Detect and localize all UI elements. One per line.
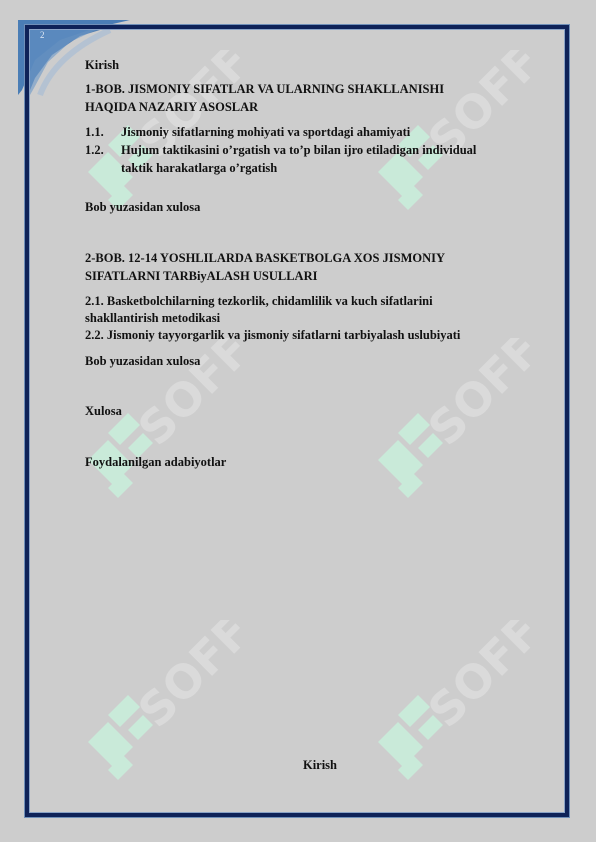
section-heading-text: Kirish — [303, 758, 337, 772]
toc-chapter2-conclusion[interactable]: Bob yuzasidan xulosa — [85, 353, 200, 370]
watermark-logo-icon: SOFF — [78, 620, 248, 800]
watermark-logo-icon: SOFF — [368, 338, 538, 518]
toc-section-1-2[interactable]: 1.2. Hujum taktikasini o’rgatish va to’p… — [85, 142, 476, 159]
toc-chapter2-title-cont[interactable]: SIFATLARNI TARBiyALASH USULLARI — [85, 268, 317, 285]
toc-section-1-2-cont[interactable]: taktik harakatlarga o’rgatish — [121, 160, 277, 177]
section-number: 1.2. — [85, 142, 121, 159]
section-title: Hujum taktikasini o’rgatish va to’p bila… — [121, 142, 476, 159]
section-number: 1.1. — [85, 124, 121, 141]
toc-chapter2-title[interactable]: 2-BOB. 12-14 YOSHLILARDA BASKETBOLGA XOS… — [85, 250, 445, 267]
toc-chapter1-conclusion[interactable]: Bob yuzasidan xulosa — [85, 199, 200, 216]
watermark-logo-icon: SOFF — [368, 620, 538, 800]
svg-text:SOFF: SOFF — [418, 338, 538, 456]
toc-section-1-1[interactable]: 1.1. Jismoniy sifatlarning mohiyati va s… — [85, 124, 410, 141]
svg-text:SOFF: SOFF — [418, 620, 538, 738]
toc-references[interactable]: Foydalanilgan adabiyotlar — [85, 454, 226, 471]
toc-section-2-2[interactable]: 2.2. Jismoniy tayyorgarlik va jismoniy s… — [85, 327, 460, 344]
toc-section-2-1[interactable]: 2.1. Basketbolchilarning tezkorlik, chid… — [85, 293, 433, 310]
section-heading: Kirish — [0, 758, 596, 773]
toc-section-2-1-cont[interactable]: shakllantirish metodikasi — [85, 310, 220, 327]
page-number: 2 — [40, 30, 45, 40]
toc-intro[interactable]: Kirish — [85, 57, 119, 74]
toc-summary[interactable]: Xulosa — [85, 403, 122, 420]
svg-text:SOFF: SOFF — [128, 620, 248, 738]
toc-chapter1-title[interactable]: 1-BOB. JISMONIY SIFATLAR VA ULARNING SHA… — [85, 81, 444, 98]
section-title: Jismoniy sifatlarning mohiyati va sportd… — [121, 124, 410, 141]
toc-chapter1-title-cont[interactable]: HAQIDA NAZARIY ASOSLAR — [85, 99, 258, 116]
